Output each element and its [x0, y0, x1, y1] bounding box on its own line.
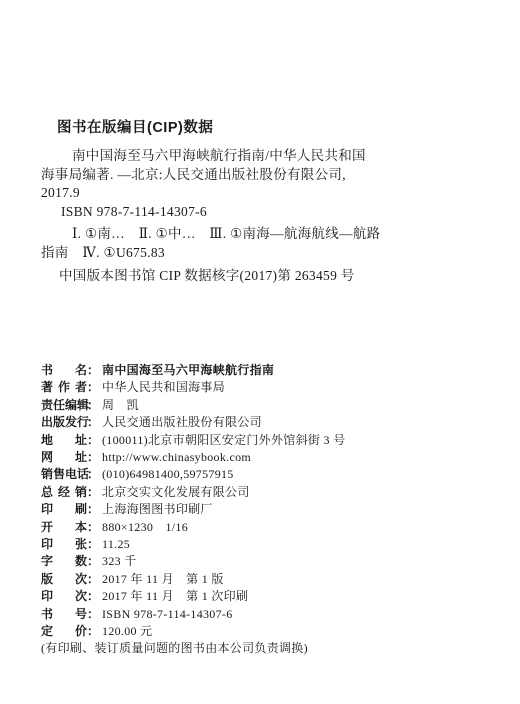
colophon-colon: ： [87, 398, 99, 412]
colophon-label: 销售电话 [41, 466, 87, 483]
colophon-colon: ： [87, 520, 99, 534]
colophon-colon: ： [87, 363, 99, 377]
colophon-row: 定价：120.00 元 [41, 623, 481, 640]
cip-isbn-line: ISBN 978-7-114-14307-6 [41, 203, 461, 222]
colophon-row: 出版发行：人民交通出版社股份有限公司 [41, 414, 481, 431]
colophon-colon: ： [87, 433, 99, 447]
colophon-row: 书名：南中国海至马六甲海峡航行指南 [41, 362, 481, 379]
colophon-value: 北京交实文化发展有限公司 [102, 485, 250, 499]
colophon-colon: ： [87, 607, 99, 621]
colophon-label: 地址 [41, 432, 87, 449]
colophon: 书名：南中国海至马六甲海峡航行指南著作者：中华人民共和国海事局责任编辑：周 凯出… [41, 362, 481, 641]
colophon-row: 地址：(100011)北京市朝阳区安定门外外馆斜街 3 号 [41, 432, 481, 449]
cip-classification-line-1: Ⅰ. ①南… Ⅱ. ①中… Ⅲ. ①南海—航海航线—航路 [41, 225, 461, 244]
colophon-value: 120.00 元 [102, 624, 152, 638]
colophon-label: 著作者 [41, 379, 87, 396]
colophon-label: 书号 [41, 606, 87, 623]
colophon-colon: ： [87, 415, 99, 429]
colophon-row: 书号：ISBN 978-7-114-14307-6 [41, 606, 481, 623]
colophon-colon: ： [87, 450, 99, 464]
colophon-label: 书名 [41, 362, 87, 379]
colophon-value: 周 凯 [102, 398, 139, 412]
colophon-colon: ： [87, 554, 99, 568]
colophon-value: 323 千 [102, 554, 137, 568]
colophon-colon: ： [87, 485, 99, 499]
book-copyright-page: 图书在版编目(CIP)数据 南中国海至马六甲海峡航行指南/中华人民共和国 海事局… [0, 0, 520, 704]
colophon-value: (100011)北京市朝阳区安定门外外馆斜街 3 号 [102, 433, 345, 447]
colophon-colon: ： [87, 467, 99, 481]
colophon-label: 定价 [41, 623, 87, 640]
colophon-value: 上海海图图书印刷厂 [102, 502, 213, 516]
colophon-value: ISBN 978-7-114-14307-6 [102, 607, 232, 621]
colophon-value: 2017 年 11 月 第 1 版 [102, 572, 224, 586]
colophon-value: http://www.chinasybook.com [102, 450, 251, 464]
colophon-value: 880×1230 1/16 [102, 520, 188, 534]
colophon-label: 出版发行 [41, 414, 87, 431]
colophon-colon: ： [87, 380, 99, 394]
cip-record-number-line: 中国版本图书馆 CIP 数据核字(2017)第 263459 号 [41, 267, 461, 286]
colophon-colon: ： [87, 572, 99, 586]
colophon-label: 字数 [41, 553, 87, 570]
colophon-colon: ： [87, 589, 99, 603]
colophon-colon: ： [87, 624, 99, 638]
colophon-row: 网址：http://www.chinasybook.com [41, 449, 481, 466]
colophon-row: 印次：2017 年 11 月 第 1 次印刷 [41, 588, 481, 605]
cip-block: 图书在版编目(CIP)数据 南中国海至马六甲海峡航行指南/中华人民共和国 海事局… [41, 118, 461, 285]
footer-note: (有印刷、装订质量问题的图书由本公司负责调换) [41, 640, 308, 656]
colophon-value: 2017 年 11 月 第 1 次印刷 [102, 589, 248, 603]
colophon-row: 版次：2017 年 11 月 第 1 版 [41, 571, 481, 588]
cip-publisher-line: 海事局编著. —北京:人民交通出版社股份有限公司, [41, 166, 461, 185]
colophon-label: 开本 [41, 519, 87, 536]
colophon-label: 版次 [41, 571, 87, 588]
colophon-row: 销售电话：(010)64981400,59757915 [41, 466, 481, 483]
colophon-value: 南中国海至马六甲海峡航行指南 [102, 363, 274, 377]
colophon-row: 总经销：北京交实文化发展有限公司 [41, 484, 481, 501]
colophon-colon: ： [87, 537, 99, 551]
cip-year-line: 2017.9 [41, 184, 461, 203]
colophon-value: 人民交通出版社股份有限公司 [102, 415, 262, 429]
colophon-row: 印张：11.25 [41, 536, 481, 553]
colophon-label: 责任编辑 [41, 397, 87, 414]
colophon-value: (010)64981400,59757915 [102, 467, 234, 481]
colophon-value: 中华人民共和国海事局 [102, 380, 225, 394]
cip-heading: 图书在版编目(CIP)数据 [57, 118, 461, 138]
cip-title-line: 南中国海至马六甲海峡航行指南/中华人民共和国 [41, 147, 461, 166]
colophon-colon: ： [87, 502, 99, 516]
colophon-label: 印张 [41, 536, 87, 553]
colophon-label: 总经销 [41, 484, 87, 501]
colophon-label: 网址 [41, 449, 87, 466]
colophon-row: 开本：880×1230 1/16 [41, 519, 481, 536]
colophon-row: 著作者：中华人民共和国海事局 [41, 379, 481, 396]
colophon-row: 责任编辑：周 凯 [41, 397, 481, 414]
colophon-value: 11.25 [102, 537, 130, 551]
colophon-label: 印刷 [41, 501, 87, 518]
cip-classification-line-2: 指南 Ⅳ. ①U675.83 [41, 244, 461, 263]
colophon-row: 字数：323 千 [41, 553, 481, 570]
colophon-row: 印刷：上海海图图书印刷厂 [41, 501, 481, 518]
colophon-label: 印次 [41, 588, 87, 605]
